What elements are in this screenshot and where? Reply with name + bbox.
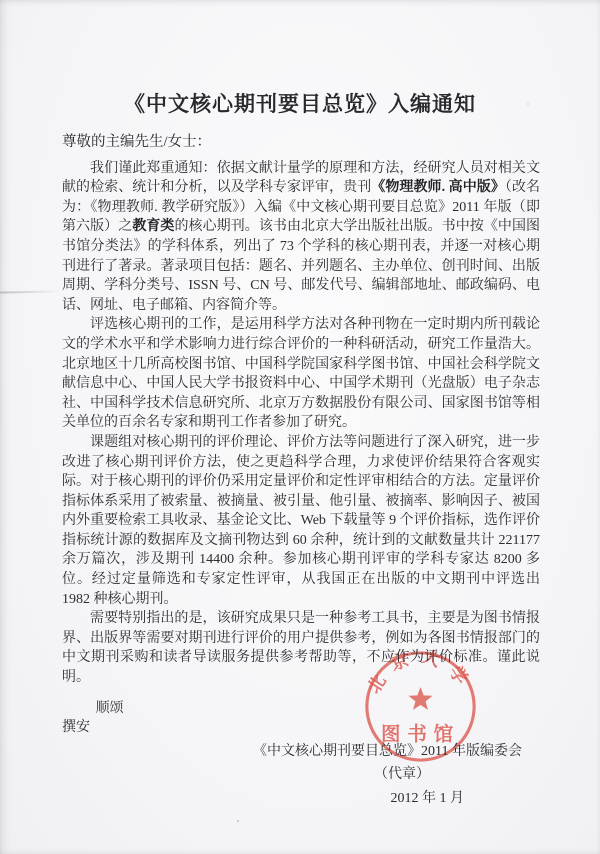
signature-block: 《中文核心期刊要目总览》2011 年版编委会 （代章） 2012 年 1 月 (62, 740, 540, 812)
scan-speck (237, 820, 239, 822)
text-run: 评选核心期刊的工作，是运用科学方法对各种刊物在一定时期内所刊载论文的学术水平和学… (62, 317, 540, 430)
paragraph: 评选核心期刊的工作，是运用科学方法对各种刊物在一定时期内所刊载论文的学术水平和学… (62, 315, 540, 433)
closing-block: 顺颂 撰安 (62, 699, 540, 738)
letter-content: 尊敬的主编先生/女士： 我们谨此郑重通知：依据文献计量学的原理和方法，经研究人员… (62, 133, 540, 812)
emphasized-text-run: 《物理教师. 高中版》 (371, 180, 505, 195)
text-run: 需要特别指出的是，该研究成果只是一种参考工具书，主要是为图书情报界、出版界等需要… (62, 611, 540, 685)
letter-paragraphs: 我们谨此郑重通知：依据文献计量学的原理和方法，经研究人员对相关文献的检索、统计和… (62, 159, 540, 688)
signature-date: 2012 年 1 月 (62, 786, 540, 812)
emphasized-text-run: 教育类 (132, 219, 174, 234)
paragraph: 我们谨此郑重通知：依据文献计量学的原理和方法，经研究人员对相关文献的检索、统计和… (62, 159, 540, 316)
paragraph: 需要特别指出的是，该研究成果只是一种参考工具书，主要是为图书情报界、出版界等需要… (62, 609, 540, 687)
closing-respect: 顺颂 (62, 699, 540, 719)
salutation: 尊敬的主编先生/女士： (62, 133, 540, 153)
scanned-letter-page: 北京大学 图书馆 《中文核心期刊要目总览》入编通知 尊敬的主编先生/女士： 我们… (0, 0, 600, 854)
signature-on-behalf: （代章） (62, 763, 540, 786)
closing-wish: 撰安 (62, 718, 540, 738)
paper-crease (0, 290, 60, 293)
signature-committee: 《中文核心期刊要目总览》2011 年版编委会 (62, 740, 540, 763)
text-run: 课题组对核心期刊的评价理论、评价方法等问题进行了深入研究，进一步改进了核心期刊评… (62, 435, 540, 607)
document-title: 《中文核心期刊要目总览》入编通知 (0, 88, 600, 118)
paragraph: 课题组对核心期刊的评价理论、评价方法等问题进行了深入研究，进一步改进了核心期刊评… (62, 433, 540, 609)
